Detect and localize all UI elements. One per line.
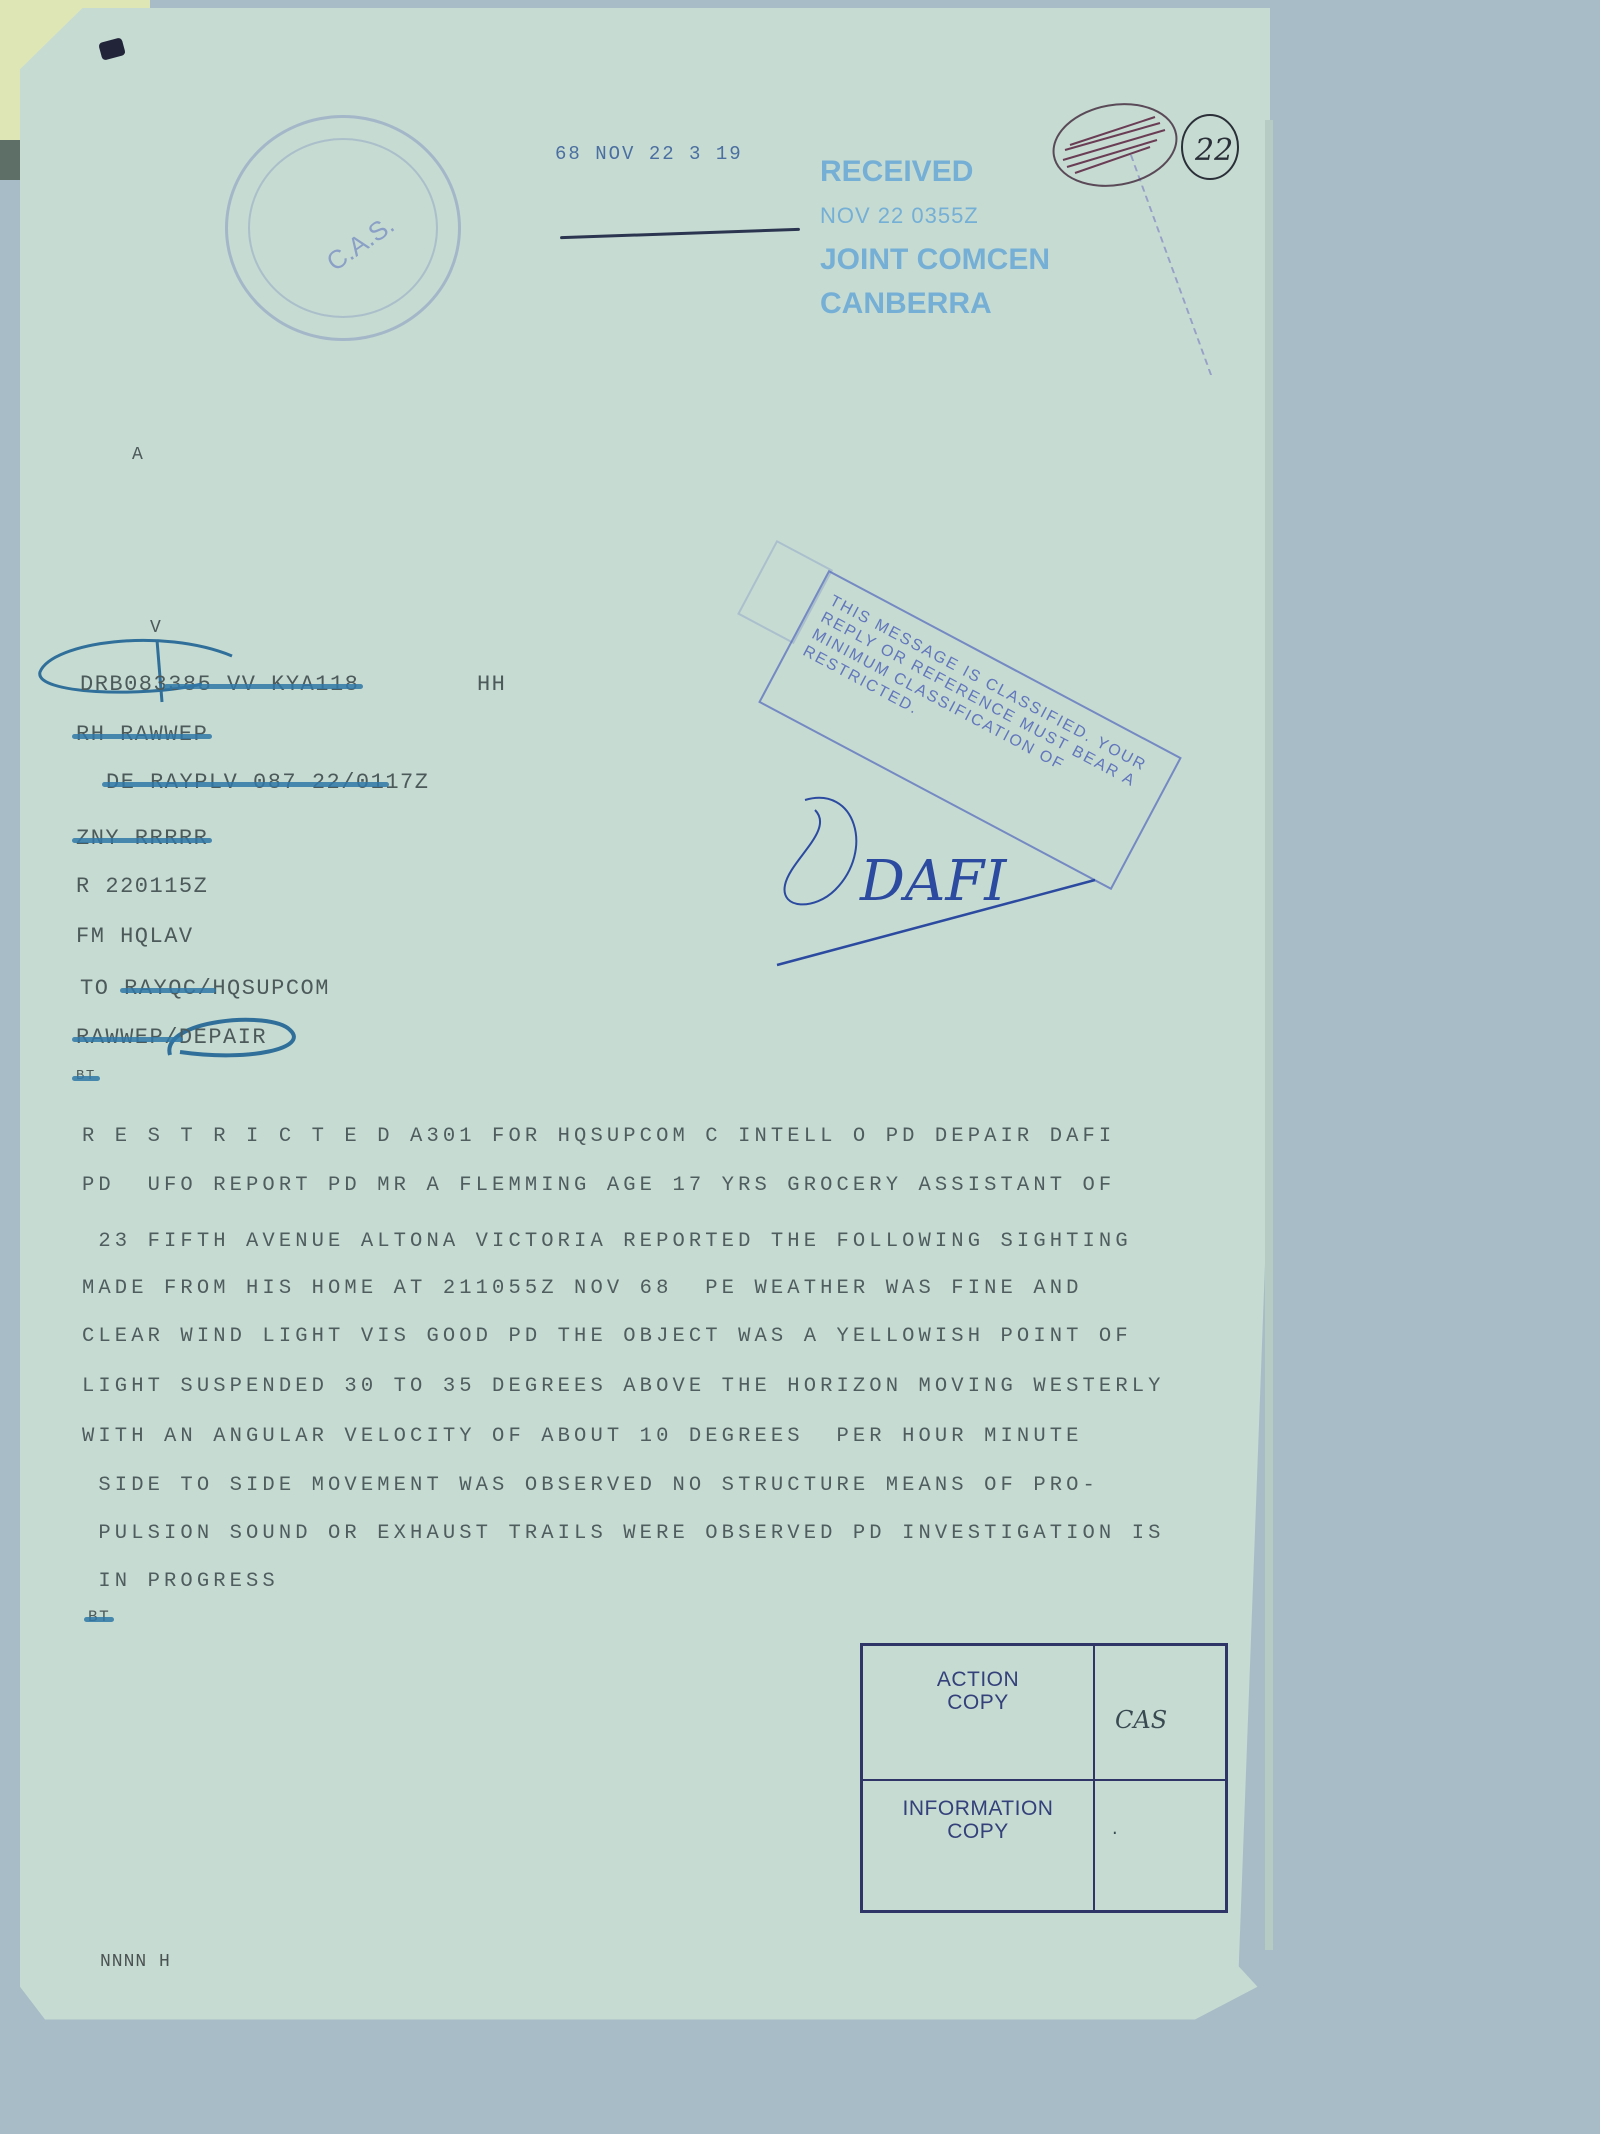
dafi-text: DAFI (859, 849, 1008, 914)
info-copy-cell: INFORMATION COPY (863, 1781, 1095, 1910)
info-value: . (1110, 1821, 1120, 1839)
dafi-handwritten-annotation: DAFI (775, 790, 1115, 970)
body-line: 23 FIFTH AVENUE ALTONA VICTORIA REPORTED… (82, 1230, 1132, 1253)
page-number: 22 (1194, 133, 1233, 168)
routing-box: ACTION COPY CAS INFORMATION COPY . (860, 1643, 1228, 1913)
end-of-message-code: NNNN H (100, 1952, 171, 1972)
cas-seal-stamp: C.A.S. (225, 115, 461, 341)
header-line-3: DE RAYPLV 087 22/0117Z (106, 770, 429, 795)
header-line-8: RAWWEP/DEPAIR (76, 1025, 267, 1050)
action-initials: CAS (1115, 1706, 1167, 1734)
marker-letter: A (132, 445, 144, 465)
action-value-cell: CAS (1095, 1646, 1225, 1781)
body-line: MADE FROM HIS HOME AT 211055Z NOV 68 PE … (82, 1277, 1083, 1300)
body-line: PULSION SOUND OR EXHAUST TRAILS WERE OBS… (82, 1522, 1165, 1545)
body-line: SIDE TO SIDE MOVEMENT WAS OBSERVED NO ST… (82, 1474, 1099, 1497)
cas-seal-inner-ring (248, 138, 438, 318)
body-line: WITH AN ANGULAR VELOCITY OF ABOUT 10 DEG… (82, 1425, 1083, 1448)
info-value-cell: . (1095, 1781, 1225, 1910)
header-line-5: R 220115Z (76, 874, 208, 899)
end-mark: BT (88, 1608, 110, 1626)
action-copy-label: ACTION COPY (863, 1646, 1093, 1714)
body-line: IN PROGRESS (82, 1570, 279, 1593)
body-line: PD UFO REPORT PD MR A FLEMMING AGE 17 YR… (82, 1174, 1115, 1197)
header-line-6: FM HQLAV (76, 924, 194, 949)
date-time-stamp: 68 NOV 22 3 19 (555, 143, 743, 165)
header-line-9: BT (76, 1068, 96, 1084)
paper-edge (1265, 120, 1273, 1950)
action-copy-cell: ACTION COPY (863, 1646, 1095, 1781)
page-number-annotation: 22 (1045, 95, 1245, 205)
body-line: R E S T R I C T E D A301 FOR HQSUPCOM C … (82, 1125, 1115, 1148)
body-line: LIGHT SUSPENDED 30 TO 35 DEGREES ABOVE T… (82, 1375, 1165, 1398)
header-line-1: DRB083385 VV KYA118 HH (80, 672, 506, 697)
information-copy-label: INFORMATION COPY (863, 1781, 1093, 1843)
header-line-2: RH RAWWEP (76, 722, 208, 747)
body-line: CLEAR WIND LIGHT VIS GOOD PD THE OBJECT … (82, 1325, 1132, 1348)
header-line-7: TO RAYQC/HQSUPCOM (80, 976, 330, 1001)
header-line-4: ZNY RRRRR (76, 826, 208, 851)
